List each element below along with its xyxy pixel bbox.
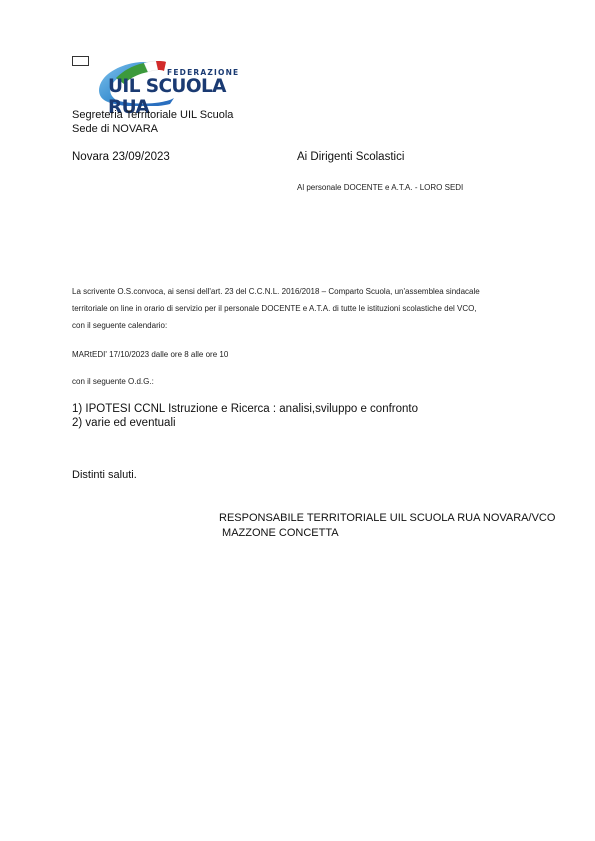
recipient-secondary: Al personale DOCENTE e A.T.A. - LORO SED… xyxy=(297,183,463,192)
form-checkbox[interactable] xyxy=(72,56,89,66)
place-date: Novara 23/09/2023 xyxy=(72,151,170,163)
body-line: con il seguente calendario: xyxy=(72,317,480,334)
recipient-primary: Ai Dirigenti Scolastici xyxy=(297,151,404,163)
body-line: territoriale on line in orario di serviz… xyxy=(72,300,480,317)
agenda-item: 2) varie ed eventuali xyxy=(72,416,418,430)
sender-line-2: Sede di NOVARA xyxy=(72,123,158,135)
agenda-intro: con il seguente O.d.G.: xyxy=(72,377,154,386)
closing-greeting: Distinti saluti. xyxy=(72,469,137,481)
body-line: La scrivente O.S.convoca, ai sensi dell'… xyxy=(72,283,480,300)
agenda-list: 1) IPOTESI CCNL Istruzione e Ricerca : a… xyxy=(72,402,418,430)
uil-scuola-rua-logo: FEDERAZIONE UIL SCUOLA RUA xyxy=(94,58,264,106)
signature-title: RESPONSABILE TERRITORIALE UIL SCUOLA RUA… xyxy=(219,512,555,524)
agenda-item: 1) IPOTESI CCNL Istruzione e Ricerca : a… xyxy=(72,402,418,416)
body-paragraph: La scrivente O.S.convoca, ai sensi dell'… xyxy=(72,283,480,334)
sender-line-1: Segreteria Territoriale UIL Scuola xyxy=(72,109,233,121)
meeting-schedule: MARtEDI' 17/10/2023 dalle ore 8 alle ore… xyxy=(72,350,228,359)
signature-name: MAZZONE CONCETTA xyxy=(219,527,339,539)
